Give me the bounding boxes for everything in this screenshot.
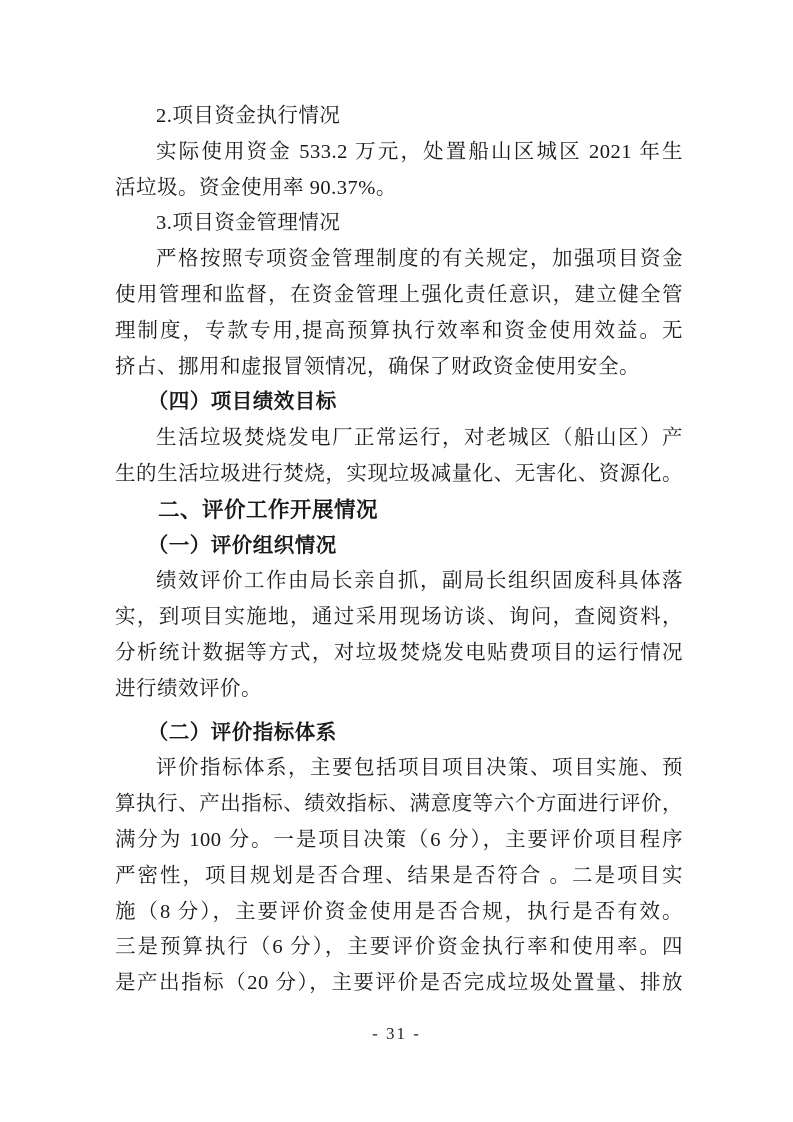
body-text-line: 评价指标体系，主要包括项目项目决策、项目实施、预 <box>115 751 683 787</box>
body-text-line: 绩效评价工作由局长亲自抓，副局长组织固废科具体落 <box>115 564 683 600</box>
body-text-line: 实际使用资金 533.2 万元，处置船山区城区 2021 年生 <box>115 135 683 171</box>
document-body: 2.项目资金执行情况 实际使用资金 533.2 万元，处置船山区城区 2021 … <box>115 99 683 1002</box>
body-text-line: 活垃圾。资金使用率 90.37%。 <box>115 171 683 207</box>
body-text-line: 理制度，专款专用,提高预算执行效率和资金使用效益。无 <box>115 314 683 350</box>
page-number: - 31 - <box>0 1024 793 1044</box>
section-heading-line: （二）评价指标体系 <box>115 716 683 752</box>
section-heading-line: （一）评价组织情况 <box>115 529 683 565</box>
body-text-line: 生的生活垃圾进行焚烧，实现垃圾减量化、无害化、资源化。 <box>115 457 683 493</box>
body-text-line: 算执行、产出指标、绩效指标、满意度等六个方面进行评价， <box>115 787 683 823</box>
section-heading-line: （四）项目绩效目标 <box>115 385 683 421</box>
body-text-line: 实，到项目实施地，通过采用现场访谈、询问，查阅资料， <box>115 600 683 636</box>
body-text-line: 严密性，项目规划是否合理、结果是否符合 。二是项目实 <box>115 859 683 895</box>
body-text-line: 挤占、挪用和虚报冒领情况，确保了财政资金使用安全。 <box>115 350 683 386</box>
body-text-line: 满分为 100 分。一是项目决策（6 分），主要评价项目程序 <box>115 823 683 859</box>
sub-heading-line: 3.项目资金管理情况 <box>115 206 683 242</box>
body-text-line: 生活垃圾焚烧发电厂正常运行，对老城区（船山区）产 <box>115 421 683 457</box>
body-text-line: 分析统计数据等方式，对垃圾焚烧发电贴费项目的运行情况 <box>115 636 683 672</box>
body-text-line: 施（8 分），主要评价资金使用是否合规，执行是否有效。 <box>115 895 683 931</box>
body-text-line: 三是预算执行（6 分），主要评价资金执行率和使用率。四 <box>115 930 683 966</box>
chapter-heading-line: 二、评价工作开展情况 <box>115 493 683 529</box>
body-text-line: 使用管理和监督，在资金管理上强化责任意识，建立健全管 <box>115 278 683 314</box>
document-page: 2.项目资金执行情况 实际使用资金 533.2 万元，处置船山区城区 2021 … <box>0 0 793 1122</box>
body-text-line: 是产出指标（20 分），主要评价是否完成垃圾处置量、排放 <box>115 966 683 1002</box>
body-text-line: 进行绩效评价。 <box>115 672 683 708</box>
sub-heading-line: 2.项目资金执行情况 <box>115 99 683 135</box>
body-text-line: 严格按照专项资金管理制度的有关规定，加强项目资金 <box>115 242 683 278</box>
